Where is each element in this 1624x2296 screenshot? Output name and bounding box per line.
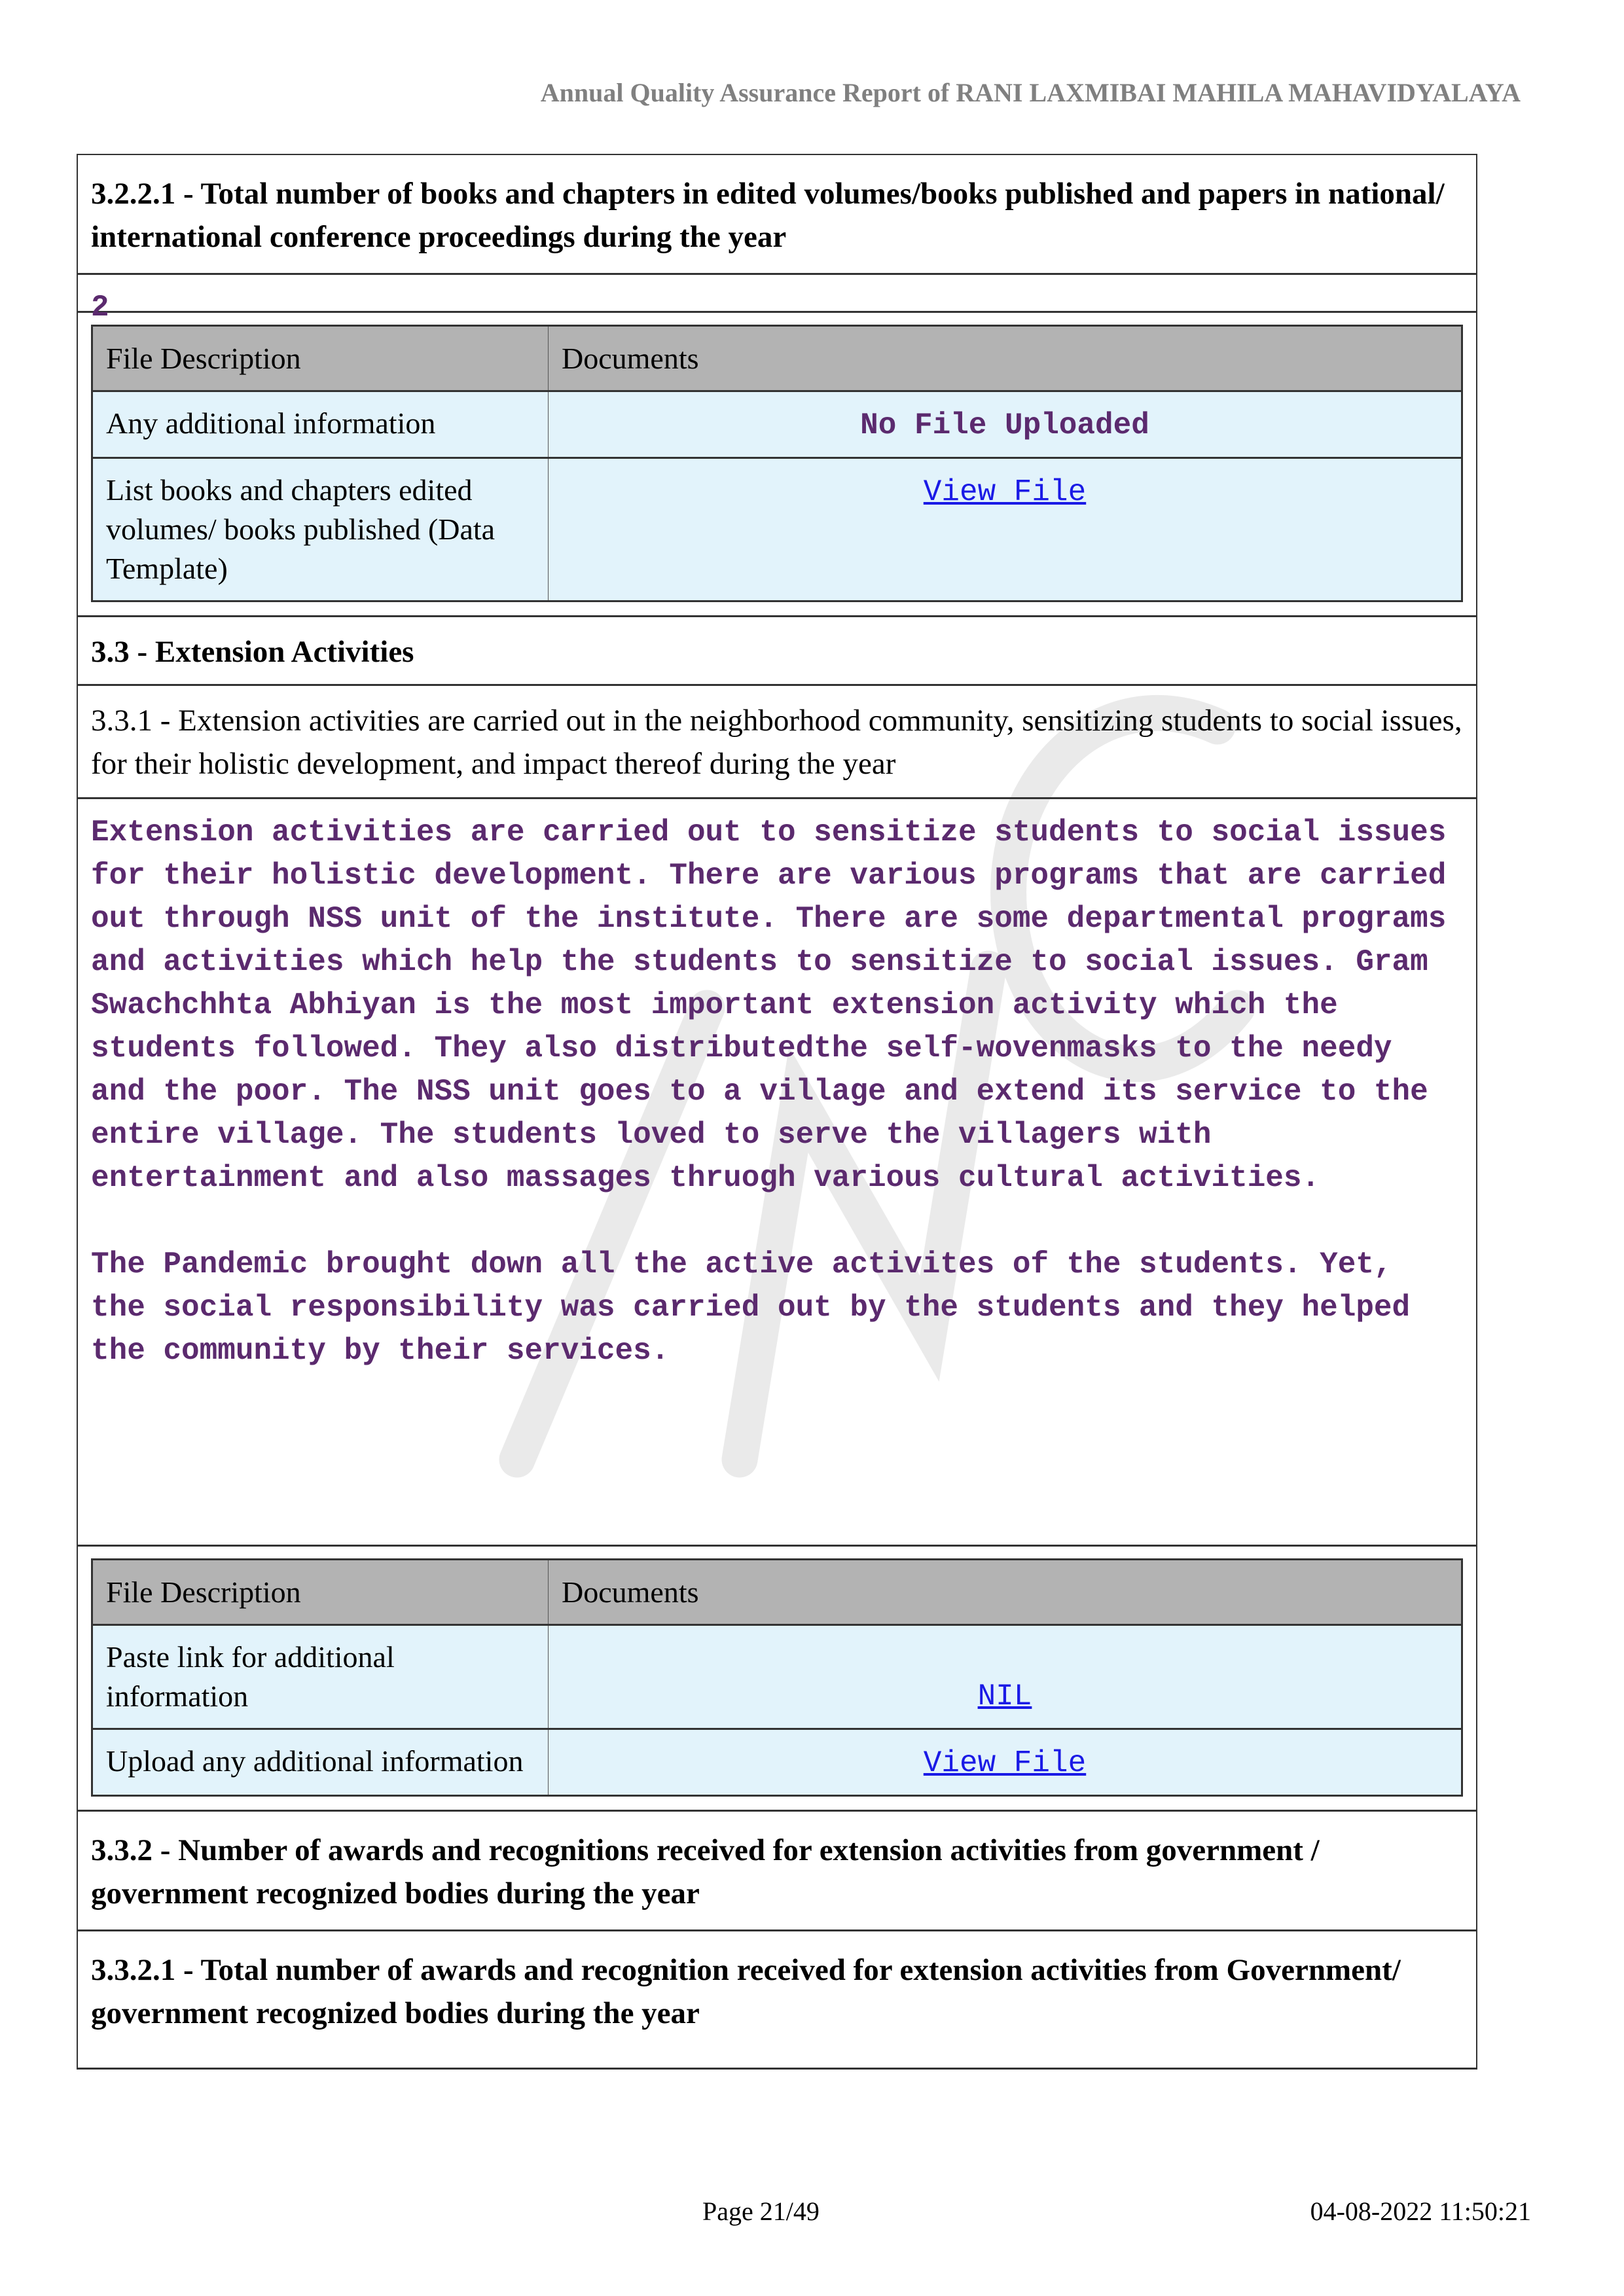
generated-timestamp: 04-08-2022 11:50:21 [1310, 2196, 1531, 2227]
column-header-file-description: File Description [92, 326, 549, 391]
page-number: Page 21/49 [702, 2196, 820, 2227]
nil-link[interactable]: NIL [978, 1679, 1032, 1713]
no-file-uploaded-status: No File Uploaded [860, 408, 1149, 442]
question-3-3-1-text: 3.3.1 - Extension activities are carried… [78, 686, 1476, 799]
file-description-cell: Upload any additional information [92, 1729, 549, 1796]
document-cell: View File [549, 458, 1462, 601]
file-table-3-3-1-container: File Description Documents Paste link fo… [78, 1547, 1476, 1812]
question-3-2-2-1-value: 2 [78, 275, 1476, 313]
file-description-cell: List books and chapters edited volumes/ … [92, 458, 549, 601]
file-table-3-3-1: File Description Documents Paste link fo… [91, 1558, 1463, 1797]
report-header: Annual Quality Assurance Report of RANI … [541, 77, 1521, 108]
table-row: Upload any additional information View F… [92, 1729, 1462, 1796]
question-3-3-2-1-title: 3.3.2.1 - Total number of awards and rec… [78, 1931, 1476, 2070]
document-cell: No File Uploaded [549, 391, 1462, 458]
view-file-link[interactable]: View File [924, 1746, 1086, 1780]
answer-paragraph-2: The Pandemic brought down all the active… [78, 1200, 1476, 1372]
view-file-link[interactable]: View File [924, 475, 1086, 509]
column-header-documents: Documents [549, 1560, 1462, 1625]
question-3-3-2-title: 3.3.2 - Number of awards and recognition… [78, 1812, 1476, 1931]
table-row: Any additional information No File Uploa… [92, 391, 1462, 458]
answer-paragraph-1: Extension activities are carried out to … [78, 799, 1476, 1200]
file-description-cell: Paste link for additional information [92, 1625, 549, 1729]
table-row: Paste link for additional information NI… [92, 1625, 1462, 1729]
question-3-2-2-1-title: 3.2.2.1 - Total number of books and chap… [78, 155, 1476, 275]
file-description-cell: Any additional information [92, 391, 549, 458]
file-table-3-2-2-1: File Description Documents Any additiona… [91, 325, 1463, 602]
document-cell: NIL [549, 1625, 1462, 1729]
column-header-file-description: File Description [92, 1560, 549, 1625]
question-3-3-1-answer: Extension activities are carried out to … [78, 799, 1476, 1547]
column-header-documents: Documents [549, 326, 1462, 391]
table-row: List books and chapters edited volumes/ … [92, 458, 1462, 601]
document-cell: View File [549, 1729, 1462, 1796]
file-table-3-2-2-1-container: File Description Documents Any additiona… [78, 313, 1476, 617]
section-3-3-title: 3.3 - Extension Activities [78, 617, 1476, 686]
report-section-box: 3.2.2.1 - Total number of books and chap… [77, 154, 1477, 2070]
